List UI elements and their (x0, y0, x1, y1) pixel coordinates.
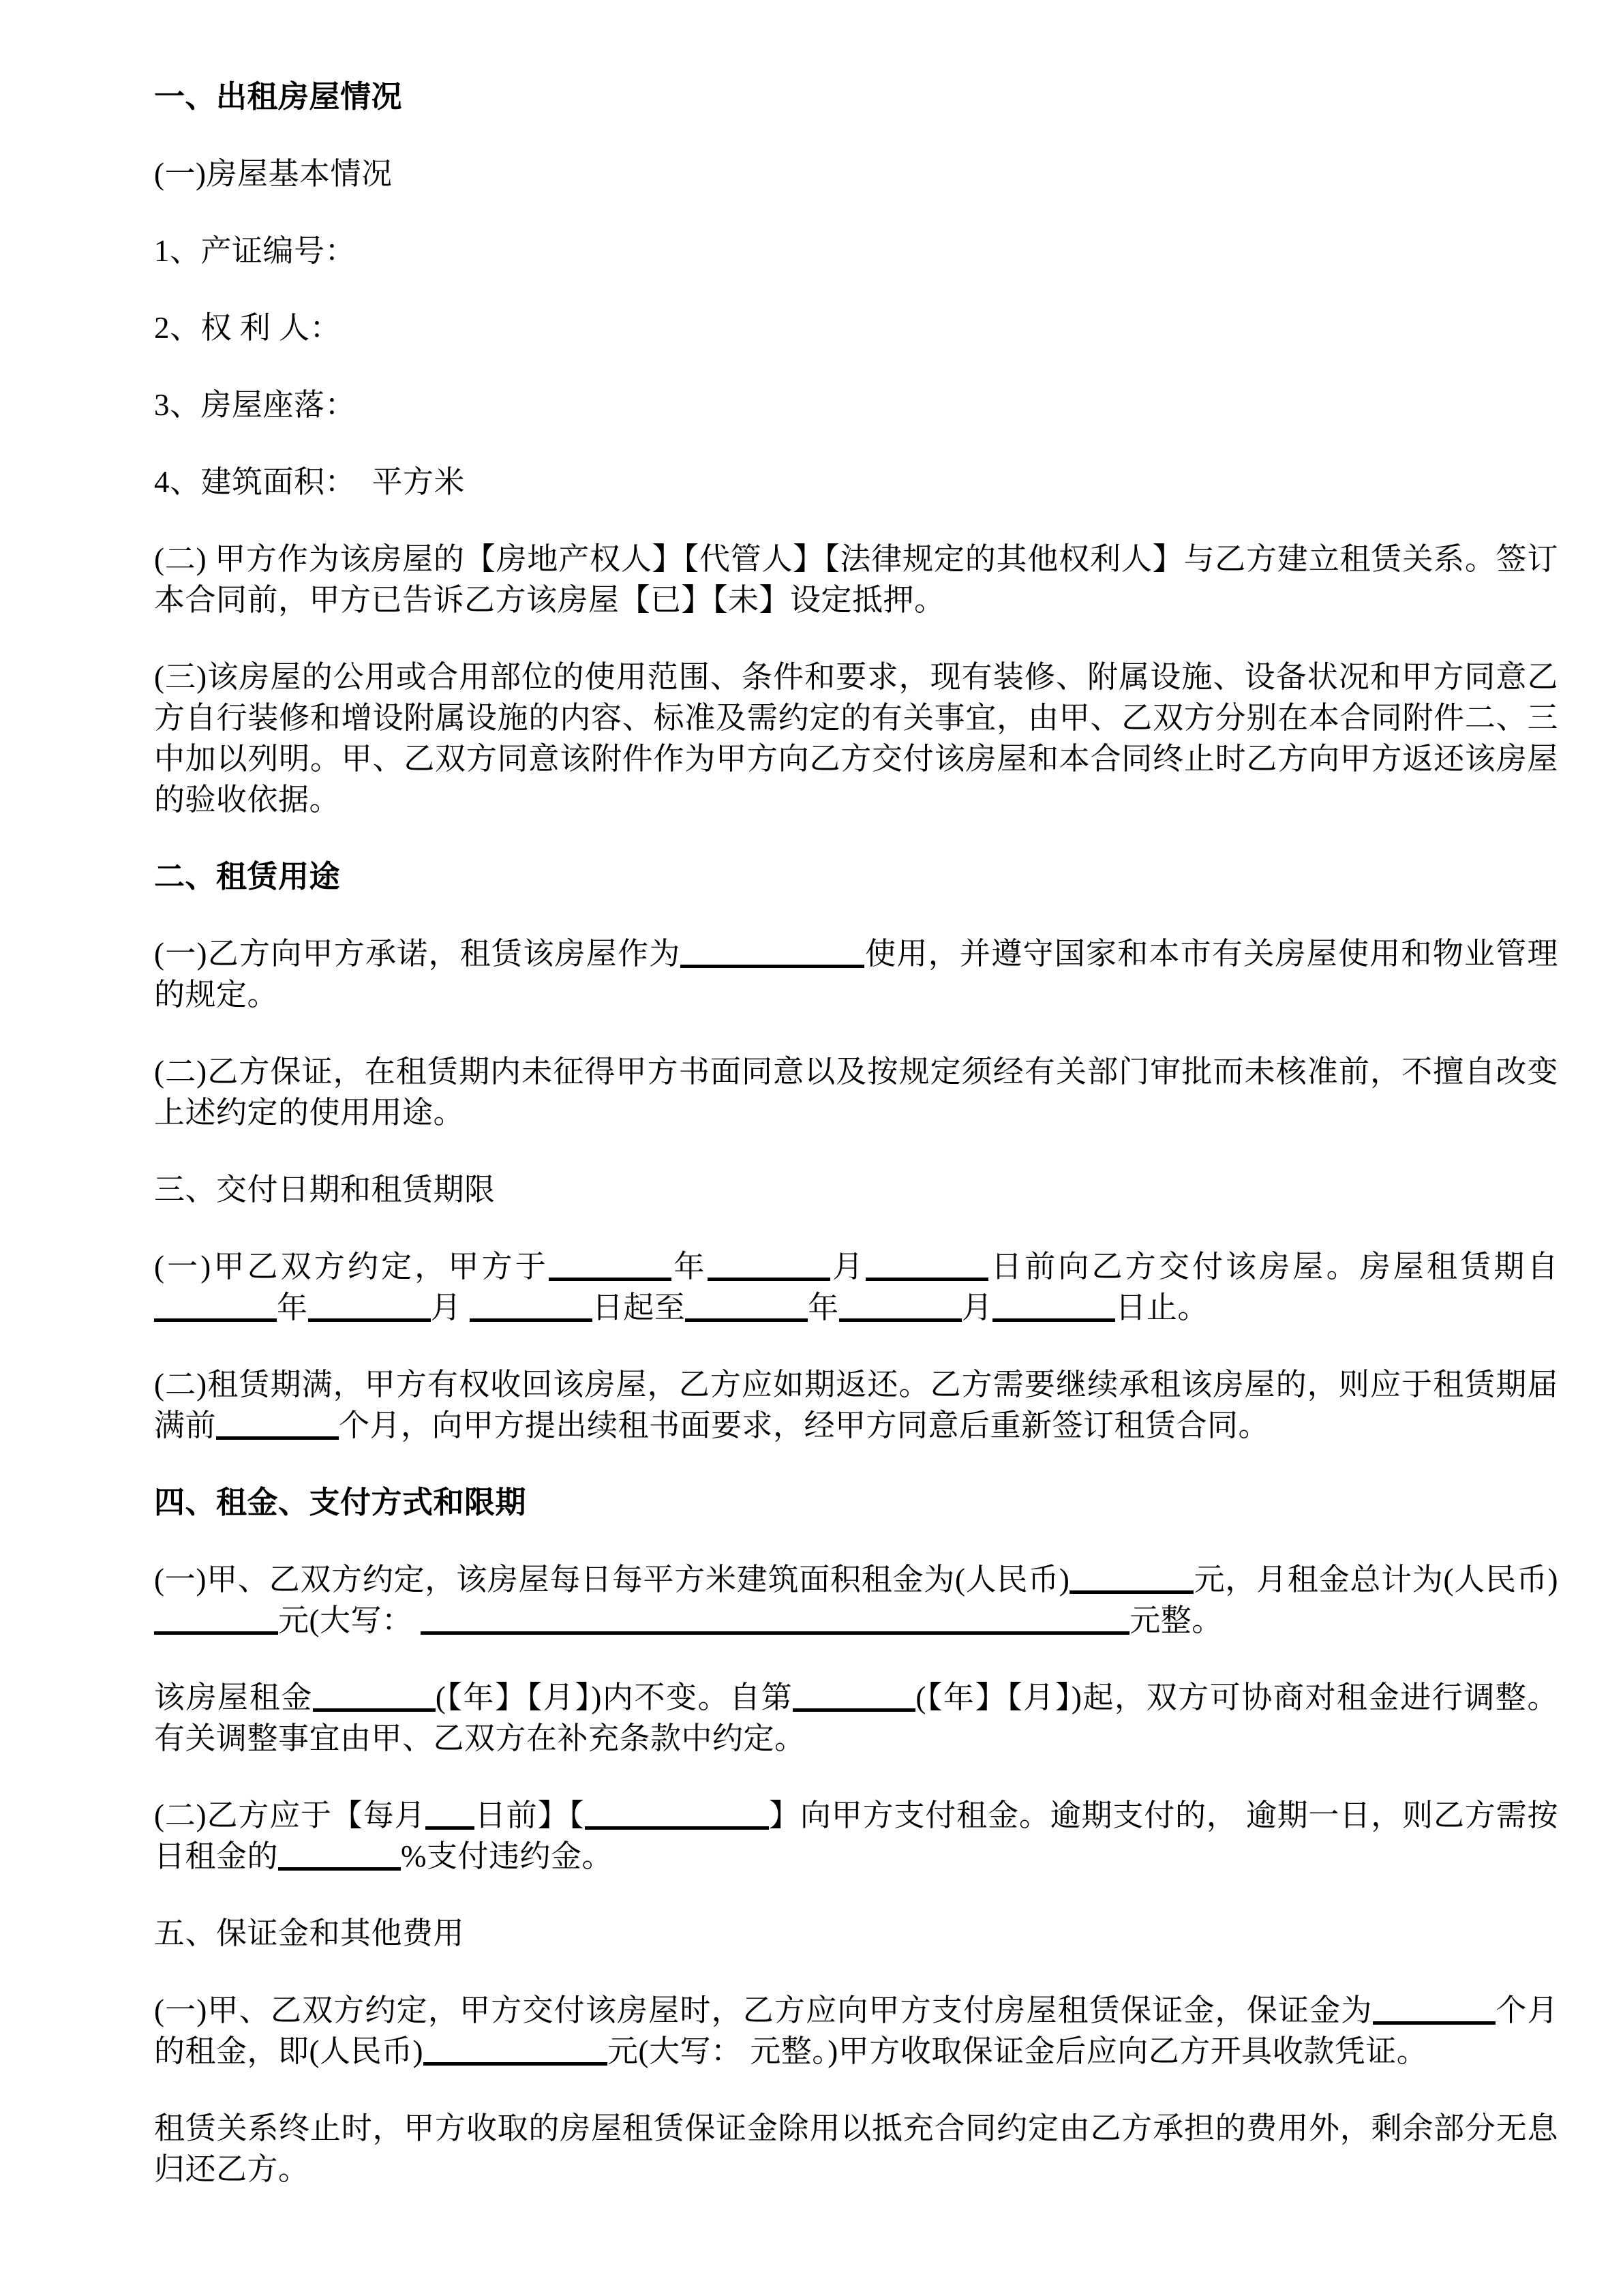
floor-area-field: 4、建筑面积： 平方米 (154, 462, 1558, 502)
renewal-months-blank[interactable] (216, 1406, 339, 1440)
section-1-clause-3: (三)该房屋的公用或合用部位的使用范围、条件和要求，现有装修、附属设施、设备状况… (154, 656, 1558, 820)
clause-text: (一)甲乙双方约定，甲方于 (154, 1250, 549, 1284)
delivery-month-blank[interactable] (708, 1248, 830, 1281)
year-label: 年 (808, 1290, 839, 1325)
clause-text: 元整。 (1129, 1603, 1223, 1637)
section-1-heading: 一、出租房屋情况 (154, 76, 1558, 117)
start-month-blank[interactable] (308, 1288, 431, 1322)
section-2-clause-2: (二)乙方保证，在租赁期内未征得甲方书面同意以及按规定须经有关部门审批而未核准前… (154, 1051, 1558, 1133)
clause-text: 日止。 (1115, 1290, 1209, 1325)
clause-text: (一)乙方向甲方承诺，租赁该房屋作为 (154, 937, 680, 971)
monthly-rent-blank[interactable] (154, 1601, 278, 1635)
delivery-year-blank[interactable] (549, 1248, 671, 1281)
end-year-blank[interactable] (685, 1288, 808, 1322)
section-4-clause-1: (一)甲、乙双方约定，该房屋每日每平方米建筑面积租金为(人民币)元，月租金总计为… (154, 1559, 1558, 1641)
start-year-blank[interactable] (154, 1288, 277, 1322)
section-4-heading: 四、租金、支付方式和限期 (154, 1482, 1558, 1523)
section-5-deposit-return: 租赁关系终止时，甲方收取的房屋租赁保证金除用以抵充合同约定由乙方承担的费用外，剩… (154, 2108, 1558, 2190)
section-1-sub-1-heading: (一)房屋基本情况 (154, 153, 1558, 194)
deposit-months-blank[interactable] (1373, 1991, 1496, 2025)
usage-blank[interactable] (680, 935, 864, 968)
clause-text: 元(大写： 元整。)甲方收取保证金后应向乙方开具收款凭证。 (607, 2034, 1427, 2068)
clause-text: %支付违约金。 (401, 1839, 613, 1873)
owner-field: 2、权 利 人： (154, 307, 1558, 348)
section-3-clause-2: (二)租赁期满，甲方有权收回该房屋，乙方应如期返还。乙方需要继续承租该房屋的，则… (154, 1364, 1558, 1446)
pay-day-blank[interactable] (425, 1796, 474, 1830)
clause-text: 元(大写： (278, 1603, 413, 1637)
end-month-blank[interactable] (839, 1288, 962, 1322)
clause-text: 个月，向甲方提出续租书面要求，经甲方同意后重新签订租赁合同。 (339, 1408, 1269, 1442)
section-4-rent-adjustment: 该房屋租金(【年】【月】)内不变。自第(【年】【月】)起，双方可协商对租金进行调… (154, 1677, 1558, 1759)
section-4-clause-2: (二)乙方应于【每月日前】【】向甲方支付租金。逾期支付的， 逾期一日，则乙方需按… (154, 1795, 1558, 1877)
rent-adjust-start-blank[interactable] (793, 1678, 915, 1712)
section-2-heading: 二、租赁用途 (154, 856, 1558, 897)
end-day-blank[interactable] (992, 1288, 1115, 1322)
clause-text: 日前】【 (474, 1798, 584, 1832)
contract-page: 一、出租房屋情况 (一)房屋基本情况 1、产证编号： 2、权 利 人： 3、房屋… (154, 76, 1558, 2226)
clause-text: 日起至 (592, 1290, 686, 1325)
start-day-blank[interactable] (470, 1288, 592, 1322)
clause-text: (二)乙方应于【每月 (154, 1798, 425, 1832)
penalty-percent-blank[interactable] (278, 1837, 401, 1871)
clause-text: (【年】【月】)内不变。自第 (436, 1680, 793, 1715)
year-label: 年 (277, 1290, 308, 1325)
month-label: 月 (962, 1290, 993, 1325)
daily-rent-blank[interactable] (1070, 1560, 1194, 1594)
delivery-day-blank[interactable] (866, 1248, 988, 1281)
clause-text: 日前向乙方交付该房屋。房屋租赁期自 (988, 1250, 1558, 1284)
property-cert-number-field: 1、产证编号： (154, 230, 1558, 271)
section-1-clause-2: (二) 甲方作为该房屋的【房地产权人】【代管人】【法律规定的其他权利人】与乙方建… (154, 539, 1558, 620)
monthly-rent-words-blank[interactable] (421, 1601, 1129, 1635)
clause-text: 该房屋租金 (154, 1680, 313, 1715)
clause-text: (一)甲、乙双方约定，该房屋每日每平方米建筑面积租金为(人民币) (154, 1562, 1070, 1597)
month-label: 月 (830, 1250, 866, 1284)
year-label: 年 (671, 1250, 708, 1284)
deposit-amount-blank[interactable] (423, 2032, 607, 2066)
section-2-clause-1: (一)乙方向甲方承诺，租赁该房屋作为使用，并遵守国家和本市有关房屋使用和物业管理… (154, 933, 1558, 1015)
clause-text: 元，月租金总计为(人民币) (1194, 1562, 1566, 1597)
section-3-heading: 三、交付日期和租赁期限 (154, 1169, 1558, 1210)
section-3-clause-1: (一)甲乙双方约定，甲方于年月日前向乙方交付该房屋。房屋租赁期自年月 日起至年月… (154, 1246, 1558, 1328)
property-location-field: 3、房屋座落： (154, 384, 1558, 425)
section-5-clause-1: (一)甲、乙双方约定，甲方交付该房屋时，乙方应向甲方支付房屋租赁保证金，保证金为… (154, 1990, 1558, 2072)
pay-method-blank[interactable] (585, 1796, 769, 1830)
month-label: 月 (431, 1290, 462, 1325)
rent-fixed-period-blank[interactable] (313, 1678, 436, 1712)
section-5-heading: 五、保证金和其他费用 (154, 1913, 1558, 1954)
clause-text: (一)甲、乙双方约定，甲方交付该房屋时，乙方应向甲方支付房屋租赁保证金，保证金为 (154, 1993, 1373, 2027)
